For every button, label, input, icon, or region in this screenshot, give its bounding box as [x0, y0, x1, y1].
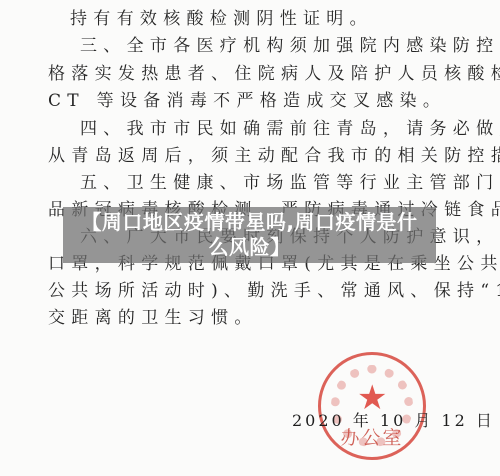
title-overlay: 【周口地区疫情带星吗,周口疫情是什 么风险】: [63, 207, 436, 263]
document-date: 2020 年 10 月 12 日: [292, 410, 495, 432]
document-page: 持有有效核酸检测阴性证明。 三、全市各医疗机构须加强院内感染防控措施落实，严 格…: [0, 0, 500, 476]
paragraph-line: 格落实发热患者、住院病人及陪护人员核酸检测措施，严防: [48, 61, 500, 88]
paragraph-line: 四、我市市民如确需前往青岛，请务必做好个人防护；: [80, 116, 500, 143]
paragraph-line: 公共场所活动时)、勤洗手、常通风、保持“1 米线”安全社: [48, 278, 500, 305]
paragraph-line: 从青岛返周后，须主动配合我市的相关防控措施。: [48, 143, 500, 170]
paragraph-line: 持有有效核酸检测阴性证明。: [70, 6, 373, 33]
overlay-title-line-2: 么风险】: [209, 235, 291, 260]
paragraph-line: 五、卫生健康、市场监管等行业主管部门要加强冷链食: [80, 170, 500, 197]
paragraph-line: 三、全市各医疗机构须加强院内感染防控措施落实，严: [80, 33, 500, 60]
overlay-title-line-1: 【周口地区疫情带星吗,周口疫情是什: [81, 210, 417, 235]
official-seal: ★ 办公室: [318, 352, 426, 460]
paragraph-line: CT 等设备消毒不严格造成交叉感染。: [48, 88, 446, 115]
paragraph-line: 交距离的卫生习惯。: [48, 305, 258, 332]
